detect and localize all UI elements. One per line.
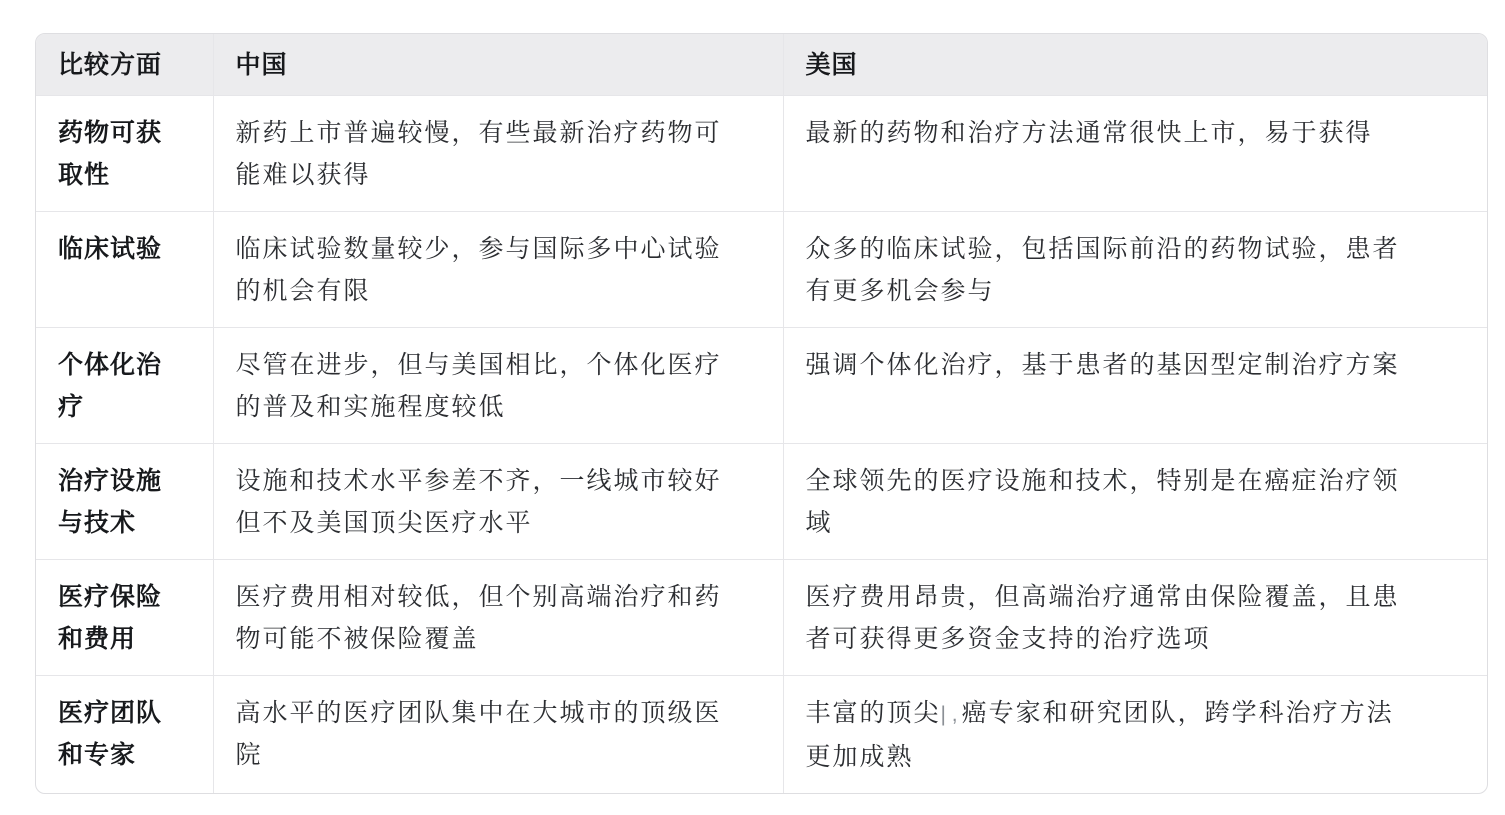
row-aspect-label: 治疗设施 与技术 [36, 444, 213, 560]
china-cell: 医疗费用相对较低，但个别高端治疗和药 物可能不被保险覆盖 [213, 560, 783, 676]
table-row-facilities-technology: 治疗设施 与技术 设施和技术水平参差不齐，一线城市较好 但不及美国顶尖医疗水平 … [36, 444, 1487, 560]
table-row-personalized-treatment: 个体化治 疗 尽管在进步，但与美国相比，个体化医疗 的普及和实施程度较低 强调个… [36, 328, 1487, 444]
china-cell: 尽管在进步，但与美国相比，个体化医疗 的普及和实施程度较低 [213, 328, 783, 444]
usa-cell: 最新的药物和治疗方法通常很快上市，易于获得 [783, 96, 1487, 212]
broken-glyph-artifact: | , [941, 703, 962, 726]
column-header-china: 中国 [213, 34, 783, 96]
table-row-medical-teams-experts: 医疗团队 和专家 高水平的医疗团队集中在大城市的顶级医 院 丰富的顶尖| ,癌专… [36, 676, 1487, 794]
table-row-insurance-costs: 医疗保险 和费用 医疗费用相对较低，但个别高端治疗和药 物可能不被保险覆盖 医疗… [36, 560, 1487, 676]
row-aspect-label: 临床试验 [36, 212, 213, 328]
china-us-comparison-table: 比较方面 中国 美国 药物可获 取性 新药上市普遍较慢，有些最新治疗药物可 能难… [36, 34, 1487, 793]
china-cell: 新药上市普遍较慢，有些最新治疗药物可 能难以获得 [213, 96, 783, 212]
comparison-table-container: 比较方面 中国 美国 药物可获 取性 新药上市普遍较慢，有些最新治疗药物可 能难… [35, 33, 1488, 794]
usa-cell: 众多的临床试验，包括国际前沿的药物试验，患者 有更多机会参与 [783, 212, 1487, 328]
usa-cell: 医疗费用昂贵，但高端治疗通常由保险覆盖，且患 者可获得更多资金支持的治疗选项 [783, 560, 1487, 676]
table-row-drug-availability: 药物可获 取性 新药上市普遍较慢，有些最新治疗药物可 能难以获得 最新的药物和治… [36, 96, 1487, 212]
table-header-row: 比较方面 中国 美国 [36, 34, 1487, 96]
column-header-aspect: 比较方面 [36, 34, 213, 96]
usa-cell: 强调个体化治疗，基于患者的基因型定制治疗方案 [783, 328, 1487, 444]
china-cell: 高水平的医疗团队集中在大城市的顶级医 院 [213, 676, 783, 794]
table-row-clinical-trials: 临床试验 临床试验数量较少，参与国际多中心试验 的机会有限 众多的临床试验，包括… [36, 212, 1487, 328]
usa-cell-text-prefix: 丰富的顶尖 [806, 699, 941, 727]
usa-cell: 丰富的顶尖| ,癌专家和研究团队，跨学科治疗方法 更加成熟 [783, 676, 1487, 794]
row-aspect-label: 医疗保险 和费用 [36, 560, 213, 676]
china-cell: 设施和技术水平参差不齐，一线城市较好 但不及美国顶尖医疗水平 [213, 444, 783, 560]
row-aspect-label: 医疗团队 和专家 [36, 676, 213, 794]
row-aspect-label: 药物可获 取性 [36, 96, 213, 212]
usa-cell: 全球领先的医疗设施和技术，特别是在癌症治疗领 域 [783, 444, 1487, 560]
row-aspect-label: 个体化治 疗 [36, 328, 213, 444]
china-cell: 临床试验数量较少，参与国际多中心试验 的机会有限 [213, 212, 783, 328]
column-header-usa: 美国 [783, 34, 1487, 96]
